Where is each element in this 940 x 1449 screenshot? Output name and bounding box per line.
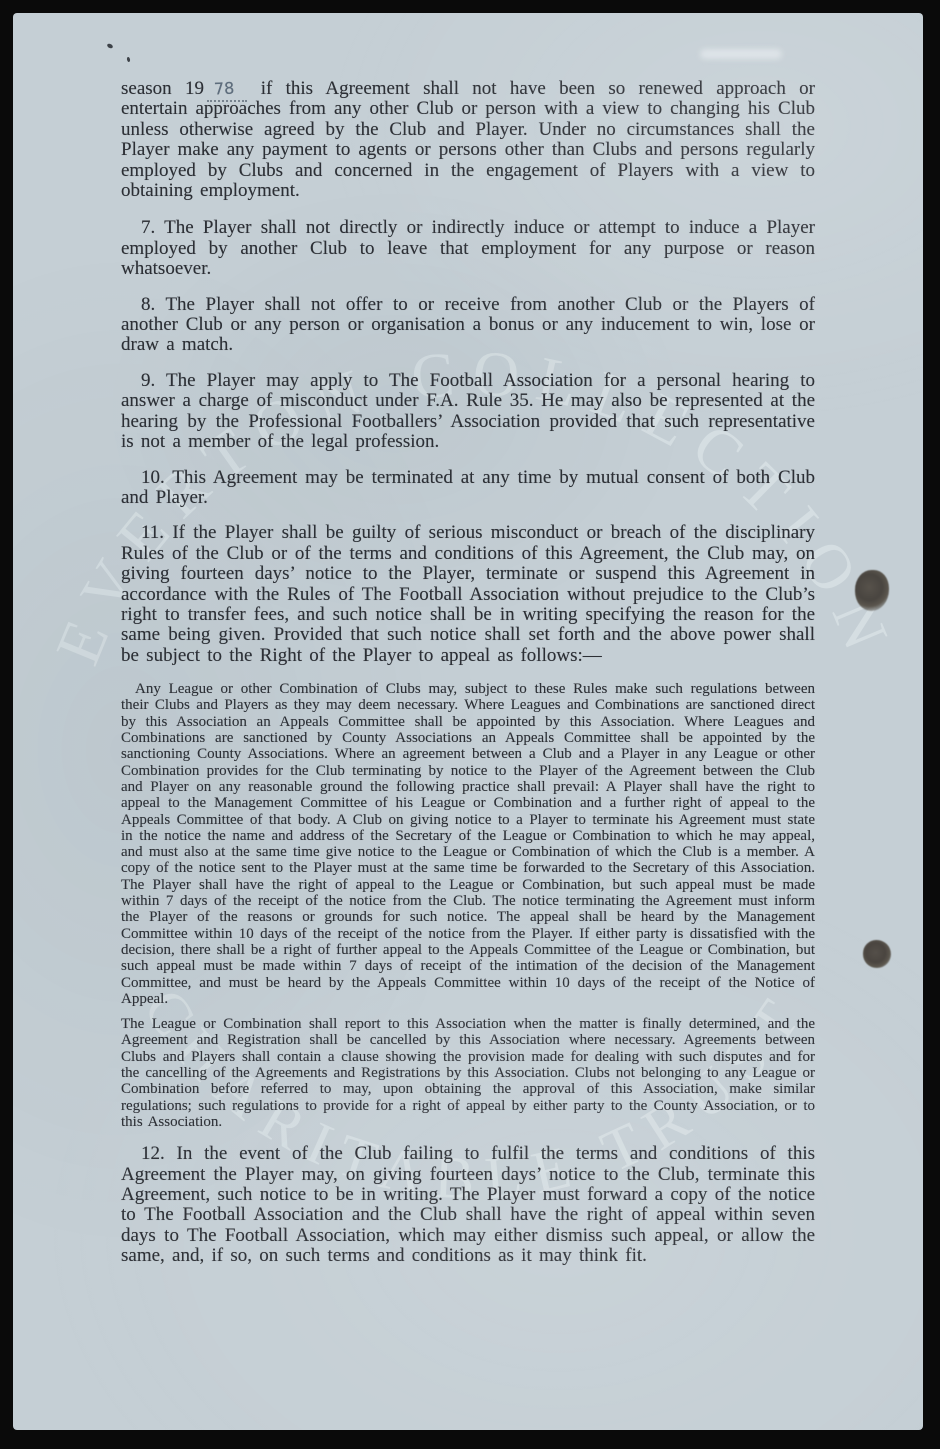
small-print-paragraph-1: Any League or other Combination of Clubs… xyxy=(121,681,815,1007)
clause-8-paragraph: 8. The Player shall not offer to or rece… xyxy=(121,295,815,356)
intro-prefix: season 19 xyxy=(121,78,204,99)
paper-crease xyxy=(700,49,782,59)
handwritten-year: 78 xyxy=(213,78,234,99)
clause-12-paragraph: 12. In the event of the Club failing to … xyxy=(121,1144,815,1266)
clause-7-paragraph: 7. The Player shall not directly or indi… xyxy=(121,218,815,279)
rust-spot-bottom xyxy=(863,940,891,968)
clause-10-paragraph: 10. This Agreement may be terminated at … xyxy=(121,468,815,509)
clause-9-paragraph: 9. The Player may apply to The Football … xyxy=(121,371,815,453)
ink-speck xyxy=(106,43,113,49)
ink-speck xyxy=(127,57,131,63)
clause-11-paragraph: 11. If the Player shall be guilty of ser… xyxy=(121,523,815,666)
paragraph-intro: season 1978 if this Agreement shall not … xyxy=(121,79,815,201)
document-text: season 1978 if this Agreement shall not … xyxy=(121,79,815,1282)
document-page: EVERTON COLLECTION CHARITABLE TRUST seas… xyxy=(13,13,923,1430)
rust-spot-top xyxy=(855,570,889,611)
small-print-paragraph-2: The League or Combination shall report t… xyxy=(121,1016,815,1130)
appeal-regulations-small-print: Any League or other Combination of Clubs… xyxy=(121,681,815,1130)
